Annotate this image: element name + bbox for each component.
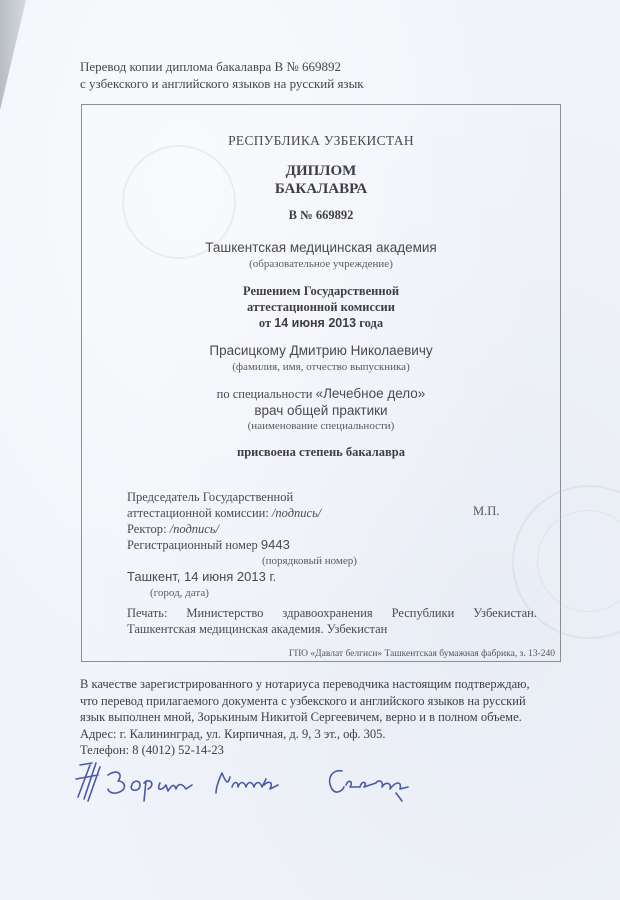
cert-line-1: В качестве зарегистрированного у нотариу… xyxy=(80,676,590,693)
header-line-1: Перевод копии диплома бакалавра В № 6698… xyxy=(80,58,364,75)
specialty-qualification: врач общей практики xyxy=(82,403,560,418)
printer-imprint: ГПО «Давлат белгиси» Ташкентская бумажна… xyxy=(289,649,555,659)
handwritten-signature-icon: Зорькин Никита Сергеевич xyxy=(70,757,430,807)
specialty-note: (наименование специальности) xyxy=(82,420,560,432)
chairman-signature: /подпись/ xyxy=(272,506,321,520)
seal-word: Министерство xyxy=(186,605,263,621)
degree-awarded: присвоена степень бакалавра xyxy=(82,445,560,460)
cert-line-2: что перевод прилагаемого документа с узб… xyxy=(80,693,590,710)
institution-note: (образовательное учреждение) xyxy=(82,258,560,270)
scan-corner-shadow xyxy=(0,0,26,110)
registration-number: 9443 xyxy=(261,537,290,552)
commission-decision: Решением Государственной аттестационной … xyxy=(82,283,560,331)
registration-note: (порядковый номер) xyxy=(127,553,357,569)
chairman-line-1: Председатель Государственной xyxy=(127,489,357,505)
registration-line: Регистрационный номер 9443 xyxy=(127,537,357,553)
diploma-title-line-2: БАКАЛАВРА xyxy=(82,180,560,198)
decision-line-2: аттестационной комиссии xyxy=(82,299,560,315)
specialty: по специальности «Лечебное дело» xyxy=(82,386,560,402)
seal-word: Печать: xyxy=(127,605,167,621)
republic-title: РЕСПУБЛИКА УЗБЕКИСТАН xyxy=(82,133,560,149)
decision-date: 14 июня 2013 xyxy=(274,316,356,330)
seal-description: Печать: Министерство здравоохранения Рес… xyxy=(127,605,537,637)
translation-header: Перевод копии диплома бакалавра В № 6698… xyxy=(80,58,364,92)
seal-place-mark: М.П. xyxy=(473,504,499,519)
registration-label: Регистрационный номер xyxy=(127,538,261,552)
seal-line-1: Печать: Министерство здравоохранения Рес… xyxy=(127,605,537,621)
seal-word: здравоохранения xyxy=(282,605,372,621)
signatures-block: Председатель Государственной аттестацион… xyxy=(127,489,357,601)
cert-line-3: язык выполнен мной, Зорькиным Никитой Се… xyxy=(80,709,590,726)
graduate-name: Прасицкому Дмитрию Николаевичу xyxy=(82,343,560,358)
header-line-2: с узбекского и английского языков на рус… xyxy=(80,75,364,92)
decision-suffix: года xyxy=(356,316,383,330)
diploma-frame: РЕСПУБЛИКА УЗБЕКИСТАН ДИПЛОМ БАКАЛАВРА В… xyxy=(81,104,561,662)
seal-word: Узбекистан. xyxy=(473,605,537,621)
decision-line-3: от 14 июня 2013 года xyxy=(82,315,560,331)
rector-signature: /подпись/ xyxy=(170,522,219,536)
seal-word: Республики xyxy=(392,605,455,621)
rector-line: Ректор: /подпись/ xyxy=(127,521,357,537)
specialty-name: «Лечебное дело» xyxy=(316,386,426,401)
institution-name: Ташкентская медицинская академия xyxy=(82,240,560,255)
cert-address: Адрес: г. Калининград, ул. Кирпичная, д.… xyxy=(80,726,590,743)
translator-certification: В качестве зарегистрированного у нотариу… xyxy=(80,676,590,759)
decision-line-1: Решением Государственной xyxy=(82,283,560,299)
chairman-label: аттестационной комиссии: xyxy=(127,506,272,520)
city-date: Ташкент, 14 июня 2013 г. xyxy=(127,569,357,585)
rector-label: Ректор: xyxy=(127,522,170,536)
decision-prefix: от xyxy=(259,316,274,330)
diploma-title: ДИПЛОМ БАКАЛАВРА xyxy=(82,162,560,198)
seal-line-2: Ташкентская медицинская академия. Узбеки… xyxy=(127,621,537,637)
chairman-line-2: аттестационной комиссии: /подпись/ xyxy=(127,505,357,521)
specialty-prefix: по специальности xyxy=(217,387,316,401)
diploma-number: В № 669892 xyxy=(82,208,560,223)
diploma-title-line-1: ДИПЛОМ xyxy=(82,162,560,180)
city-date-note: (город, дата) xyxy=(127,585,357,601)
graduate-note: (фамилия, имя, отчество выпускника) xyxy=(82,361,560,373)
